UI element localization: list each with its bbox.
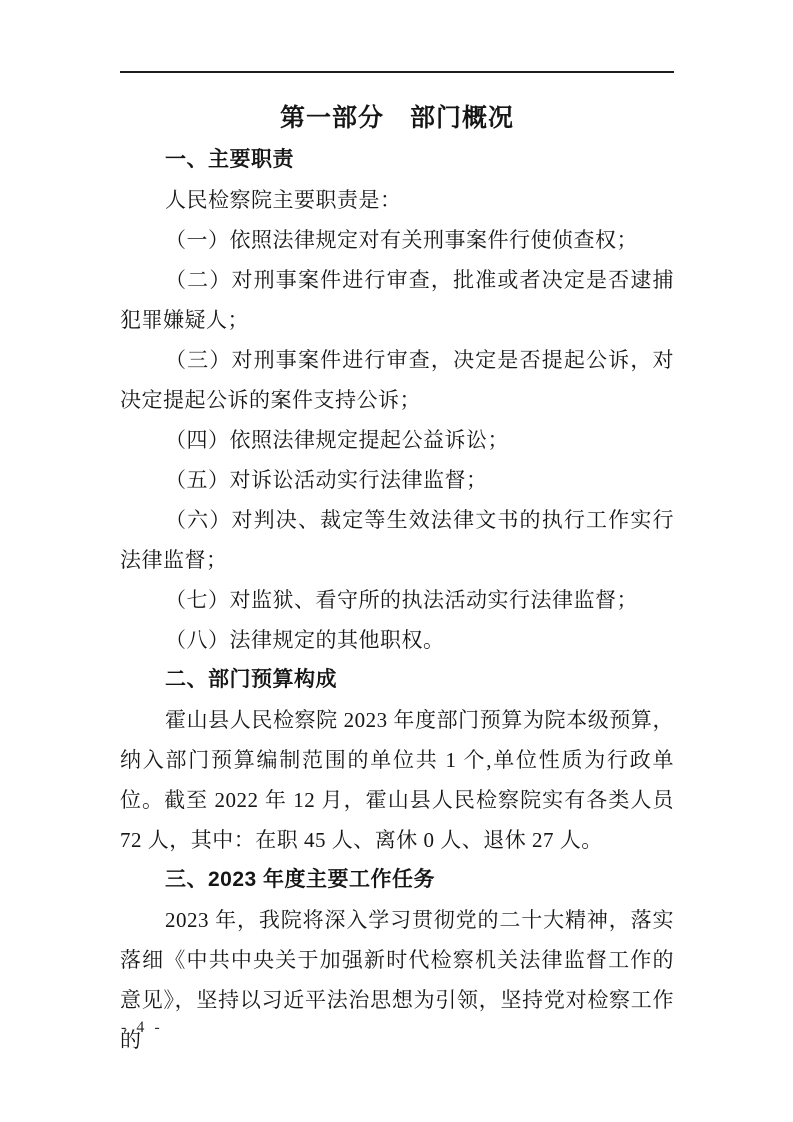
- section-work-tasks: 三、2023 年度主要工作任务 2023 年，我院将深入学习贯彻党的二十大精神，…: [120, 860, 674, 1060]
- document-page: 第一部分 部门概况 一、主要职责 人民检察院主要职责是： （一）依照法律规定对有…: [0, 0, 793, 1122]
- section-budget-composition: 二、部门预算构成 霍山县人民检察院 2023 年度部门预算为院本级预算，纳入部门…: [120, 660, 674, 860]
- section-heading-budget-composition: 二、部门预算构成: [120, 660, 674, 700]
- paragraph-duty-1: （一）依照法律规定对有关刑事案件行使侦查权；: [120, 220, 674, 260]
- paragraph-duty-3: （三）对刑事案件进行审查，决定是否提起公诉，对决定提起公诉的案件支持公诉；: [120, 340, 674, 420]
- paragraph-work-tasks: 2023 年，我院将深入学习贯彻党的二十大精神，落实落细《中共中央关于加强新时代…: [120, 900, 674, 1060]
- page-number: - 4 -: [121, 1017, 163, 1039]
- paragraph-duty-7: （七）对监狱、看守所的执法活动实行法律监督；: [120, 580, 674, 620]
- document-content: 第一部分 部门概况 一、主要职责 人民检察院主要职责是： （一）依照法律规定对有…: [120, 96, 674, 1060]
- section-heading-main-duties: 一、主要职责: [120, 140, 674, 180]
- paragraph-duty-2: （二）对刑事案件进行审查，批准或者决定是否逮捕犯罪嫌疑人；: [120, 260, 674, 340]
- paragraph-duty-4: （四）依照法律规定提起公益诉讼；: [120, 420, 674, 460]
- header-rule: [120, 71, 674, 73]
- section-main-duties: 一、主要职责 人民检察院主要职责是： （一）依照法律规定对有关刑事案件行使侦查权…: [120, 140, 674, 660]
- paragraph-duty-8: （八）法律规定的其他职权。: [120, 620, 674, 660]
- paragraph-duties-intro: 人民检察院主要职责是：: [120, 180, 674, 220]
- paragraph-duty-5: （五）对诉讼活动实行法律监督；: [120, 460, 674, 500]
- paragraph-budget-composition: 霍山县人民检察院 2023 年度部门预算为院本级预算，纳入部门预算编制范围的单位…: [120, 700, 674, 860]
- part-title: 第一部分 部门概况: [120, 96, 674, 140]
- paragraph-duty-6: （六）对判决、裁定等生效法律文书的执行工作实行法律监督；: [120, 500, 674, 580]
- section-heading-work-tasks: 三、2023 年度主要工作任务: [120, 860, 674, 900]
